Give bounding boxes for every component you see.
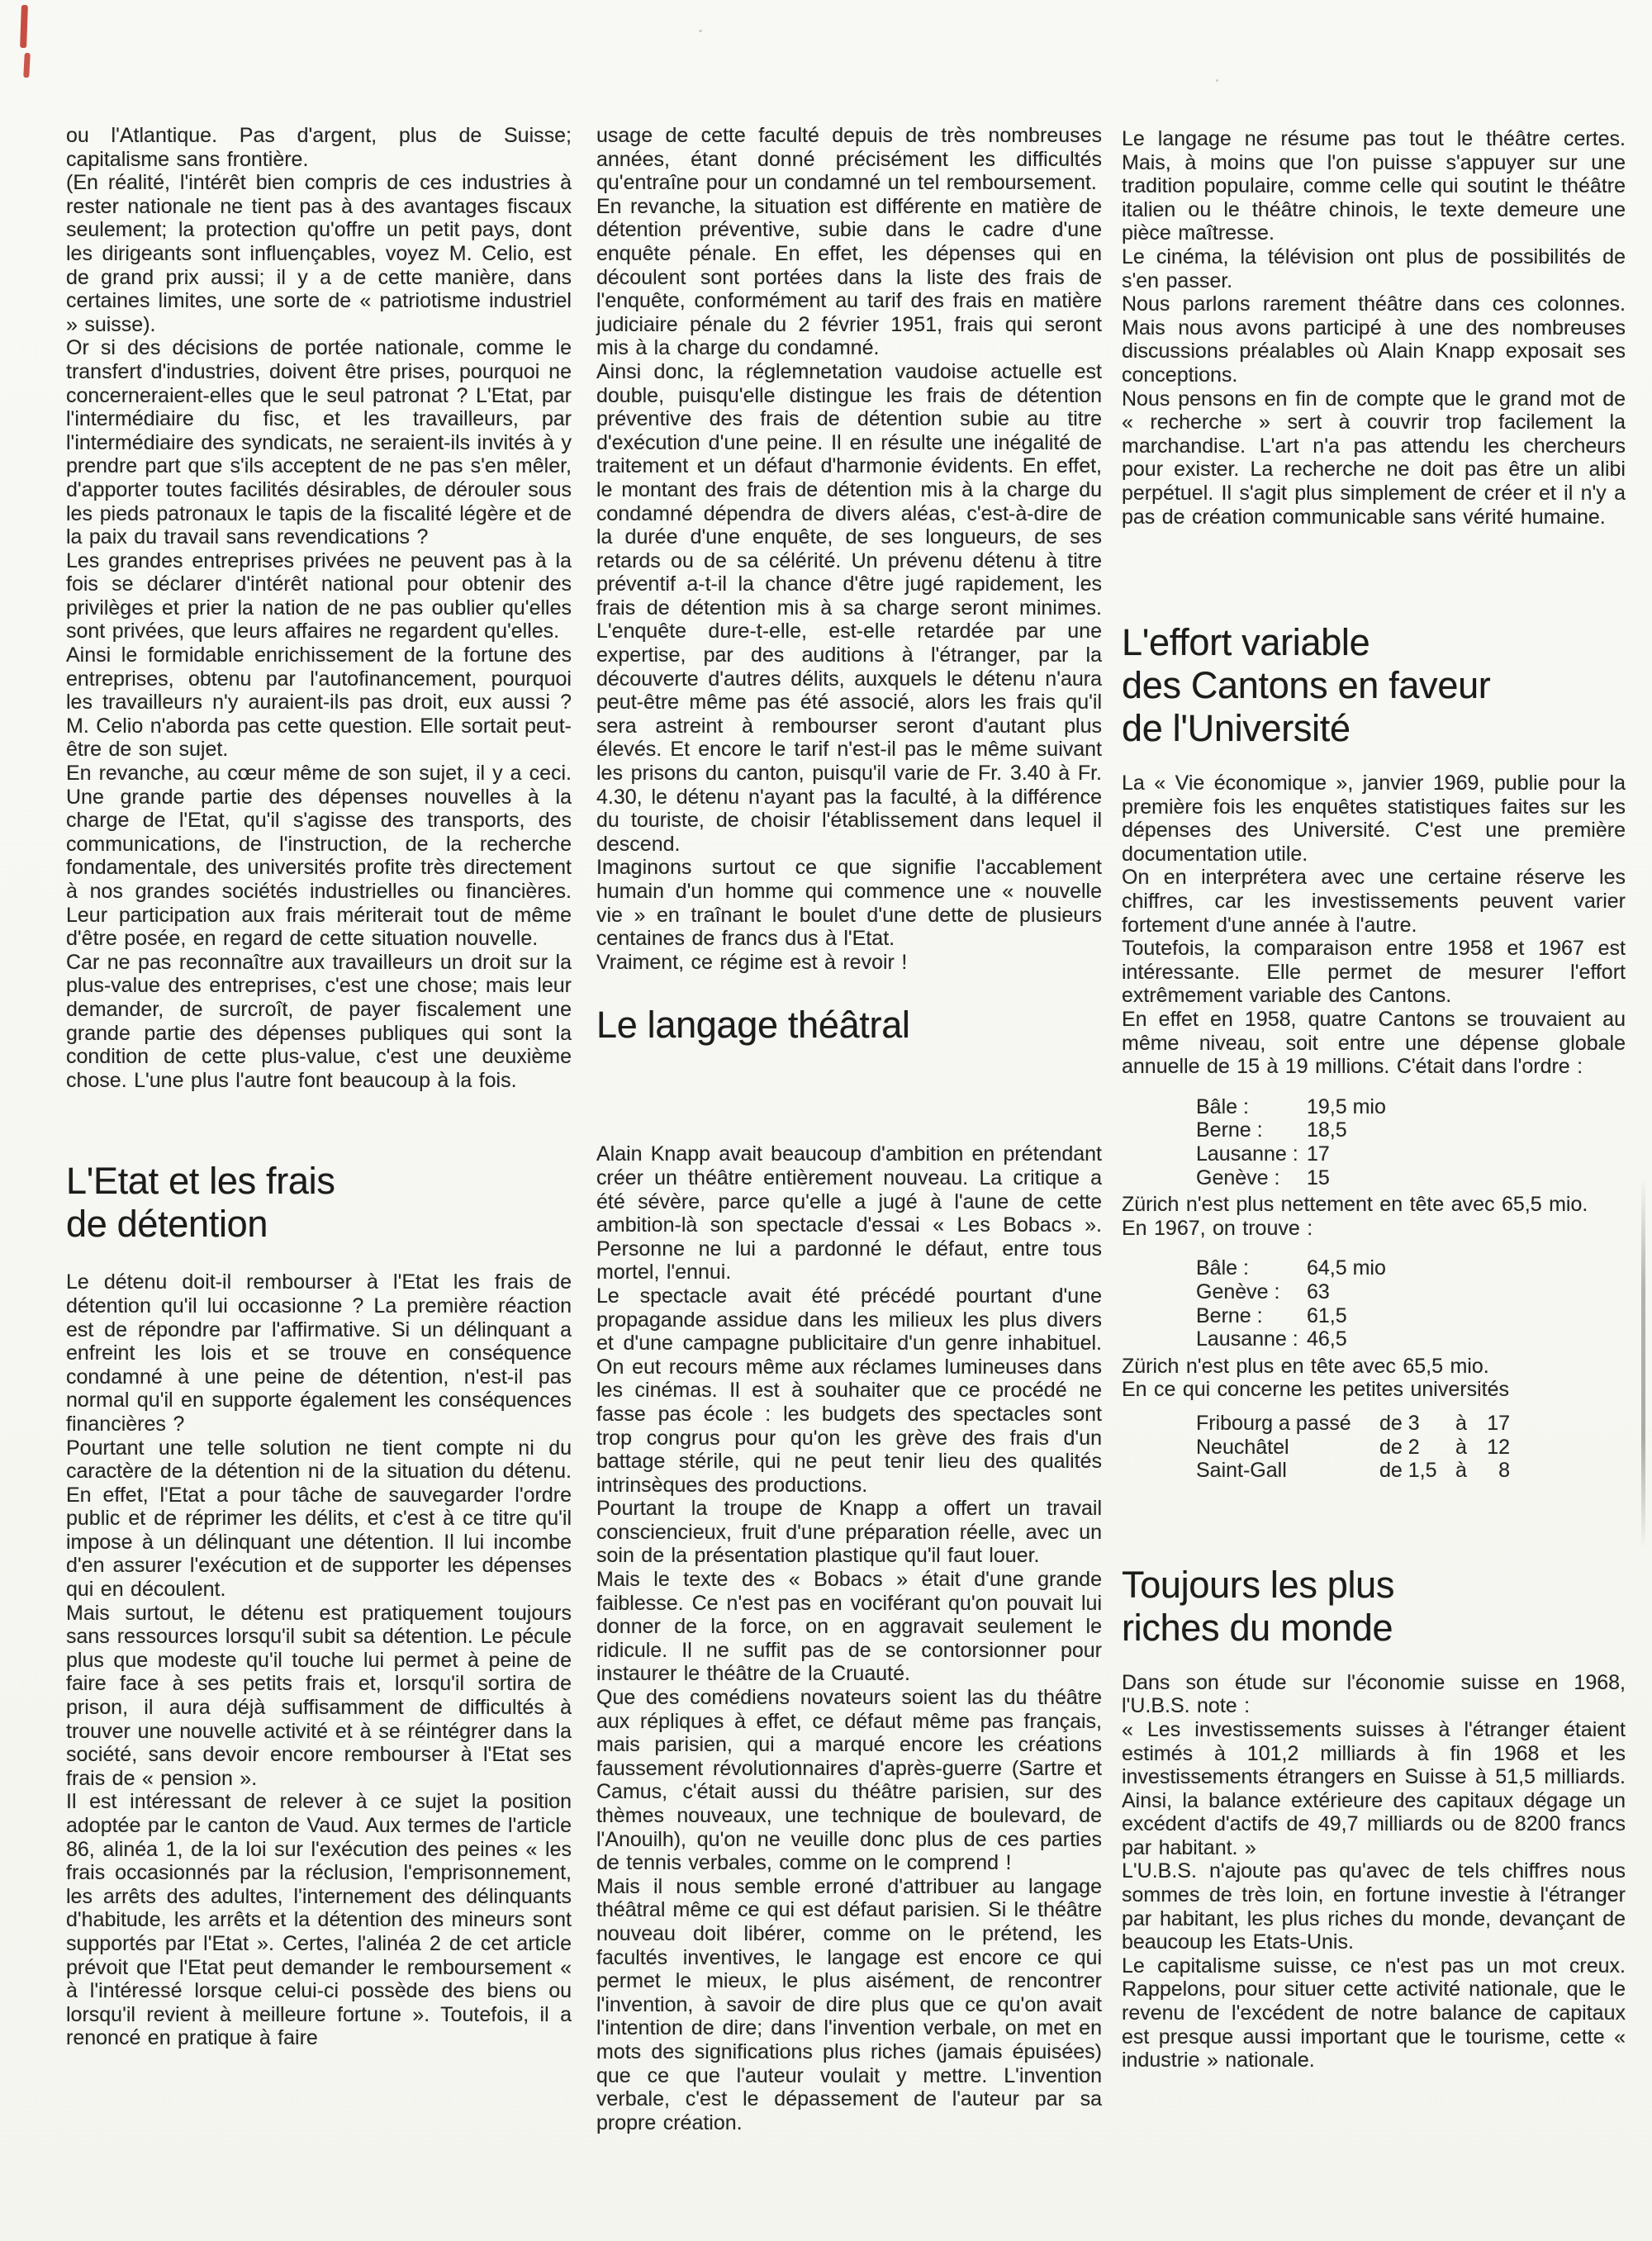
- body-paragraph: Que des comédiens novateurs soient las d…: [596, 1686, 1102, 1875]
- body-paragraph: Le cinéma, la télévision ont plus de pos…: [1122, 245, 1626, 292]
- body-paragraph: Nous pensons en fin de compte que le gra…: [1122, 387, 1626, 529]
- stat-row: Bâle : 64,5 mio: [1196, 1256, 1626, 1280]
- university-name: Fribourg a passé: [1196, 1412, 1379, 1436]
- body-paragraph: Toutefois, la comparaison entre 1958 et …: [1122, 937, 1626, 1008]
- body-paragraph: (En réalité, l'intérêt bien compris de c…: [66, 171, 572, 336]
- stat-row: Berne : 61,5: [1196, 1304, 1626, 1328]
- canton-value: 64,5 mio: [1307, 1256, 1386, 1280]
- stat-row: Lausanne : 17: [1196, 1142, 1626, 1166]
- canton-label: Bâle :: [1196, 1256, 1307, 1280]
- body-paragraph: L'U.B.S. n'ajoute pas qu'avec de tels ch…: [1122, 1859, 1626, 1954]
- headline-line: de détention: [66, 1203, 572, 1246]
- spending-list-1958: Bâle : 19,5 mio Berne : 18,5 Lausanne : …: [1196, 1095, 1626, 1189]
- body-paragraph: Alain Knapp avait beaucoup d'ambition en…: [596, 1142, 1102, 1284]
- column-right: Le langage ne résume pas tout le théâtre…: [1122, 127, 1626, 2072]
- stat-row: Genève : 63: [1196, 1280, 1626, 1304]
- canton-value: 46,5: [1307, 1327, 1347, 1351]
- range-from: de 2: [1379, 1436, 1455, 1460]
- headline-line: Le langage théâtral: [596, 1004, 1102, 1047]
- heading-toujours-plus-riches: Toujours les plus riches du monde: [1122, 1564, 1626, 1650]
- canton-label: Lausanne :: [1196, 1142, 1307, 1166]
- body-paragraph: Or si des décisions de portée nationale,…: [66, 336, 572, 548]
- heading-langage-theatral: Le langage théâtral: [596, 1004, 1102, 1047]
- dust-speck: [699, 30, 702, 32]
- small-universities-table: Fribourg a passé de 3 à17 Neuchâtel de 2…: [1196, 1412, 1626, 1483]
- body-paragraph: Il est intéressant de relever à ce sujet…: [66, 1790, 572, 2050]
- body-paragraph: ou l'Atlantique. Pas d'argent, plus de S…: [66, 124, 572, 171]
- body-paragraph: Dans son étude sur l'économie suisse en …: [1122, 1671, 1626, 1718]
- body-paragraph: En revanche, au cœur même de son sujet, …: [66, 762, 572, 951]
- stat-row: Berne : 18,5: [1196, 1118, 1626, 1142]
- stat-row: Bâle : 19,5 mio: [1196, 1095, 1626, 1119]
- body-paragraph: Le détenu doit-il rembourser à l'Etat le…: [66, 1270, 572, 1436]
- canton-label: Genève :: [1196, 1280, 1307, 1304]
- range-to-prep: à: [1455, 1436, 1477, 1460]
- university-row: Neuchâtel de 2 à12: [1196, 1436, 1626, 1460]
- body-paragraph: « Les investissements suisses à l'étrang…: [1122, 1718, 1626, 1860]
- canton-label: Genève :: [1196, 1166, 1307, 1190]
- body-paragraph: En revanche, la situation est différente…: [596, 195, 1102, 360]
- canton-label: Berne :: [1196, 1304, 1307, 1328]
- red-pen-mark: [20, 5, 28, 48]
- canton-value: 19,5 mio: [1307, 1095, 1386, 1119]
- red-pen-mark: [23, 53, 31, 78]
- range-to-value: 8: [1477, 1459, 1510, 1483]
- body-paragraph: Imaginons surtout ce que signifie l'acca…: [596, 856, 1102, 950]
- canton-label: Berne :: [1196, 1118, 1307, 1142]
- university-name: Neuchâtel: [1196, 1436, 1379, 1460]
- range-to: à17: [1455, 1412, 1518, 1436]
- body-paragraph: Vraiment, ce régime est à revoir !: [596, 951, 1102, 975]
- canton-value: 63: [1307, 1280, 1330, 1304]
- body-paragraph: La « Vie économique », janvier 1969, pub…: [1122, 772, 1626, 866]
- body-paragraph: En ce qui concerne les petites universit…: [1122, 1378, 1626, 1402]
- range-to-prep: à: [1455, 1412, 1477, 1436]
- body-paragraph: Car ne pas reconnaître aux travailleurs …: [66, 951, 572, 1093]
- canton-value: 17: [1307, 1142, 1330, 1166]
- dust-speck: [1216, 79, 1218, 82]
- canton-value: 15: [1307, 1166, 1330, 1190]
- column-middle: usage de cette faculté depuis de très no…: [596, 124, 1102, 2134]
- heading-effort-cantons-universite: L'effort variable des Cantons en faveur …: [1122, 621, 1626, 750]
- range-to: à12: [1455, 1436, 1518, 1460]
- university-name: Saint-Gall: [1196, 1459, 1379, 1483]
- body-paragraph: On en interprétera avec une certaine rés…: [1122, 866, 1626, 937]
- body-paragraph: Nous parlons rarement théâtre dans ces c…: [1122, 292, 1626, 387]
- range-to-prep: à: [1455, 1459, 1477, 1483]
- body-paragraph: En effet en 1958, quatre Cantons se trou…: [1122, 1008, 1626, 1079]
- headline-line: riches du monde: [1122, 1607, 1626, 1650]
- body-paragraph: Mais le texte des « Bobacs » était d'une…: [596, 1568, 1102, 1686]
- university-row: Saint-Gall de 1,5 à8: [1196, 1459, 1626, 1483]
- body-paragraph: Les grandes entreprises privées ne peuve…: [66, 549, 572, 643]
- headline-line: des Cantons en faveur: [1122, 664, 1626, 707]
- heading-etat-frais-detention: L'Etat et les frais de détention: [66, 1160, 572, 1246]
- body-paragraph: Ainsi donc, la réglemnetation vaudoise a…: [596, 360, 1102, 856]
- body-paragraph: usage de cette faculté depuis de très no…: [596, 124, 1102, 195]
- body-paragraph: Zürich n'est plus en tête avec 65,5 mio.: [1122, 1355, 1626, 1379]
- body-paragraph: Mais il nous semble erroné d'attribuer a…: [596, 1875, 1102, 2135]
- body-paragraph: Pourtant une telle solution ne tient com…: [66, 1436, 572, 1602]
- body-paragraph: Ainsi le formidable enrichissement de la…: [66, 643, 572, 762]
- canton-value: 61,5: [1307, 1304, 1347, 1328]
- spending-list-1967: Bâle : 64,5 mio Genève : 63 Berne : 61,5…: [1196, 1256, 1626, 1351]
- body-paragraph: Mais surtout, le détenu est pratiquement…: [66, 1602, 572, 1791]
- university-row: Fribourg a passé de 3 à17: [1196, 1412, 1626, 1436]
- body-paragraph: Pourtant la troupe de Knapp a offert un …: [596, 1497, 1102, 1568]
- range-from: de 1,5: [1379, 1459, 1455, 1483]
- range-to-value: 12: [1477, 1436, 1510, 1460]
- range-to-value: 17: [1477, 1412, 1510, 1436]
- body-paragraph: En 1967, on trouve :: [1122, 1217, 1626, 1241]
- scan-edge-artifact: [1641, 1177, 1645, 1549]
- stat-row: Genève : 15: [1196, 1166, 1626, 1190]
- body-paragraph: Le spectacle avait été précédé pourtant …: [596, 1284, 1102, 1497]
- headline-line: Toujours les plus: [1122, 1564, 1626, 1607]
- body-paragraph: Le langage ne résume pas tout le théâtre…: [1122, 127, 1626, 245]
- body-paragraph: Le capitalisme suisse, ce n'est pas un m…: [1122, 1954, 1626, 2072]
- range-from: de 3: [1379, 1412, 1455, 1436]
- stat-row: Lausanne : 46,5: [1196, 1327, 1626, 1351]
- headline-line: L'effort variable: [1122, 621, 1626, 664]
- headline-line: L'Etat et les frais: [66, 1160, 572, 1203]
- headline-line: de l'Université: [1122, 707, 1626, 750]
- canton-value: 18,5: [1307, 1118, 1347, 1142]
- canton-label: Bâle :: [1196, 1095, 1307, 1119]
- range-to: à8: [1455, 1459, 1518, 1483]
- column-left: ou l'Atlantique. Pas d'argent, plus de S…: [66, 124, 572, 2050]
- body-paragraph: Zürich n'est plus nettement en tête avec…: [1122, 1193, 1626, 1217]
- newspaper-page: ou l'Atlantique. Pas d'argent, plus de S…: [0, 0, 1652, 2241]
- canton-label: Lausanne :: [1196, 1327, 1307, 1351]
